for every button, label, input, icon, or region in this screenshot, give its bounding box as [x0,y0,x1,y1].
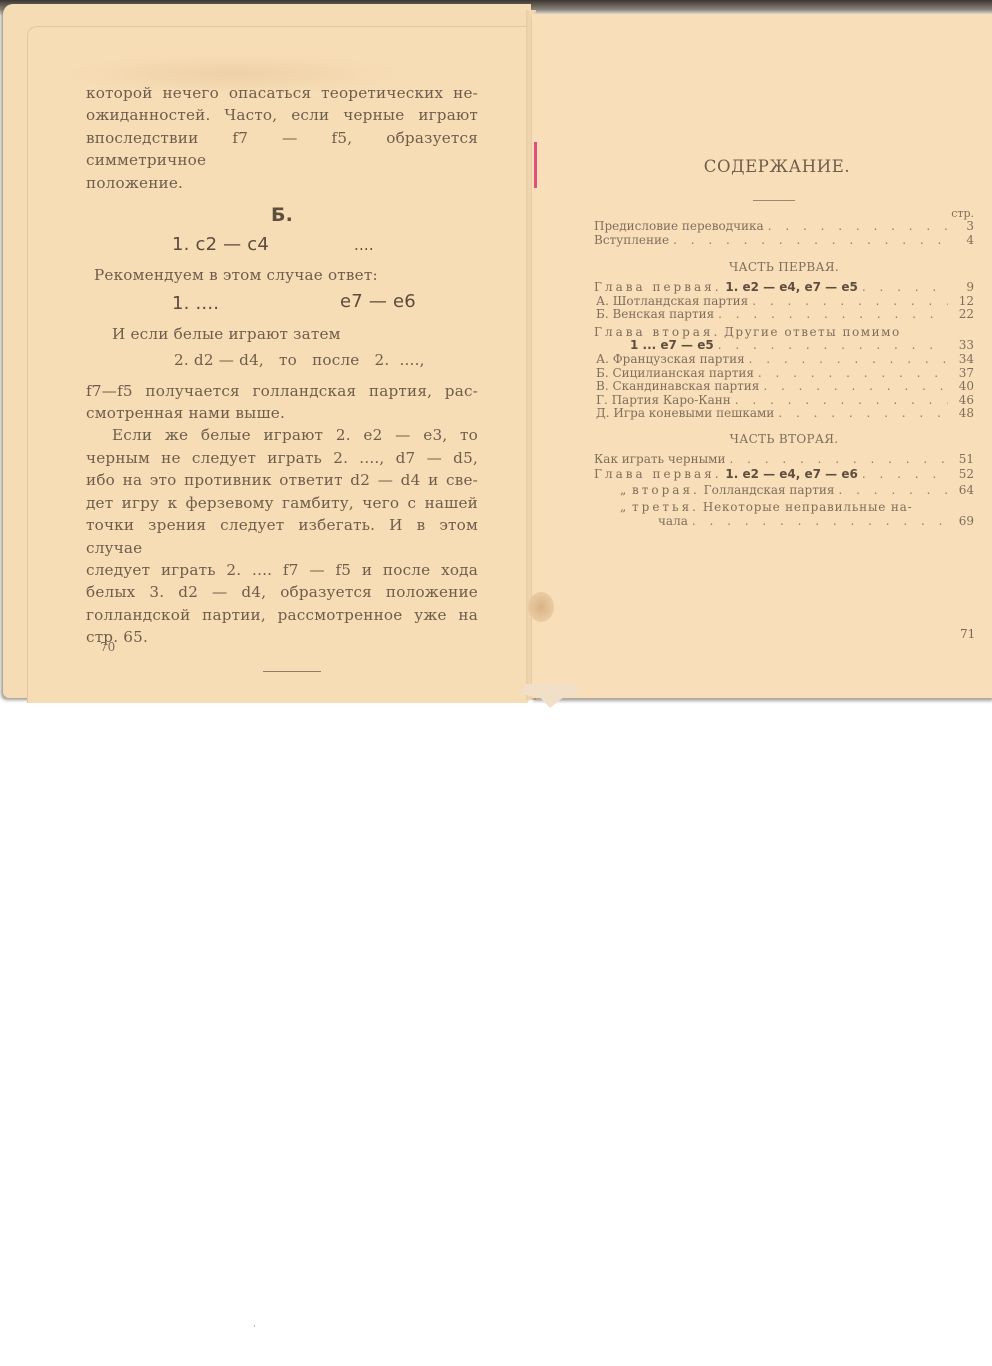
reply-number: 1. .... [172,293,219,315]
leader-dots [752,295,948,309]
toc-entry[interactable]: Как играть черными 51 [594,453,974,467]
leader-dots [718,308,948,322]
text-line: ожиданностей. Часто, если черные играют [86,104,478,126]
leader-dots [758,367,948,381]
white-move: 1. c2 — c4 [172,234,269,256]
toc-chapter[interactable]: „вторая. Голландская партия 64 [594,484,974,498]
toc-subentry[interactable]: Д. Игра коневыми пешками 48 [594,407,974,421]
toc-chapter[interactable]: Глава первая. 1. e2 — e4, e7 — e6 52 [594,468,974,482]
text-line: голландской партии, рассмотренное уже на [86,604,478,626]
leader-dots [778,407,948,421]
toc-subentry[interactable]: Б. Венская партия 22 [594,308,974,322]
text-line: впоследствии f7 — f5, образуется симметр… [86,127,478,172]
text-line: черным не следует играть 2. ...., d7 — d… [86,447,478,469]
move-line-reply: 1. .... e7 — e6 [86,291,478,321]
text-line: положение. [86,172,478,194]
toc-subentry[interactable]: А. Шотландская партия 12 [594,295,974,309]
leader-dots [735,394,948,408]
leader-dots [862,281,948,295]
leader-dots [692,515,948,529]
gutter-stain [528,592,554,622]
leader-dots [718,339,948,353]
part-heading: ЧАСТЬ ПЕРВАЯ. [594,261,974,275]
title-rule [753,200,795,201]
text-line: Если же белые играют 2. e2 — e3, то [86,424,478,446]
end-rule [263,671,321,672]
leader-dots [838,484,948,498]
ditto-mark: „ [594,484,632,498]
scan-speck: · [253,1322,256,1332]
leader-dots [768,220,948,234]
leader-dots [729,453,948,467]
text-line: Рекомендуем в этом случае ответ: [86,264,478,286]
page-column-label: стр. [594,207,974,221]
toc-chapter[interactable]: Глава первая. 1. e2 — e4, e7 — e5 9 [594,281,974,295]
leader-dots [673,234,948,248]
toc-entry[interactable]: Вступление 4 [594,234,974,248]
toc-subentry[interactable]: Г. Партия Каро-Канн 46 [594,394,974,408]
text-line: точки зрения следует избегать. И в этом … [86,514,478,559]
table-of-contents: СОДЕРЖАНИЕ. стр. Предисловие переводчика… [594,160,974,528]
text-line: дет игру к ферзевому гамбиту, чего с наш… [86,492,478,514]
text-line: стр. 65. [86,626,478,648]
text-line: ибо на это противник ответит d2 — d4 и с… [86,469,478,491]
part-heading: ЧАСТЬ ВТОРАЯ. [594,433,974,447]
text-line: f7—f5 получается голландская партия, рас… [86,380,478,402]
text-line: И если белые играют затем [86,323,478,345]
book-spread: которой нечего опасаться теоретических н… [0,0,992,700]
toc-chapter[interactable]: „третья. Некоторые неправильные на- чала… [594,501,974,528]
toc-subentry[interactable]: В. Скандинавская партия 40 [594,380,974,394]
reply-move: e7 — e6 [340,291,416,313]
left-page-text: которой нечего опасаться теоретических н… [86,82,478,672]
text-line: белых 3. d2 — d4, образуется положение [86,581,478,603]
page-number-left: 70 [100,640,115,654]
section-letter: Б. [86,204,478,226]
leader-dots [862,468,948,482]
text-line: 2. d2 — d4, то после 2. ...., [86,349,478,371]
toc-subentry[interactable]: А. Французская партия 34 [594,353,974,367]
toc-chapter[interactable]: Глава вторая. Другие ответы помимо 1 ...… [594,326,974,353]
move-line-1: 1. c2 — c4 .... [86,232,478,262]
toc-title: СОДЕРЖАНИЕ. [580,160,974,174]
text-line: которой нечего опасаться теоретических н… [86,82,478,104]
leader-dots [763,380,948,394]
text-line: следует играть 2. .... f7 — f5 и после х… [86,559,478,581]
red-bookmark-thread [534,142,537,188]
toc-entry[interactable]: Предисловие переводчика 3 [594,220,974,234]
toc-subentry[interactable]: Б. Сицилианская партия 37 [594,367,974,381]
ditto-mark: „ [594,501,632,515]
leader-dots [749,353,948,367]
text-line: смотренная нами выше. [86,402,478,424]
black-move-placeholder: .... [354,234,374,256]
page-number-right: 71 [960,627,975,641]
